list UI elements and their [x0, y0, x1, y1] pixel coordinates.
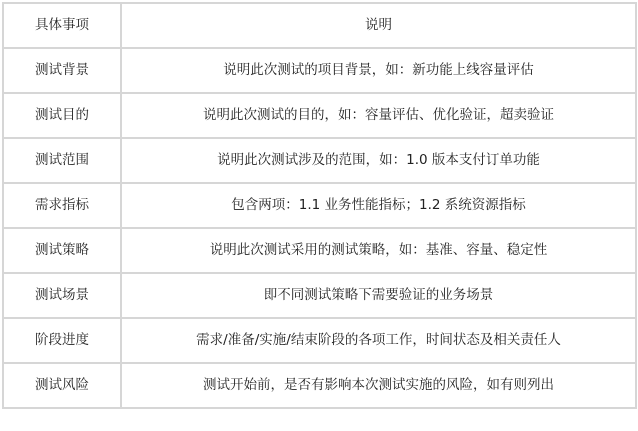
- header-item: 具体事项: [3, 3, 121, 48]
- test-plan-table: 具体事项 说明 测试背景 说明此次测试的项目背景，如：新功能上线容量评估 测试目…: [2, 2, 637, 409]
- row-item: 测试策略: [3, 228, 121, 273]
- row-item: 阶段进度: [3, 318, 121, 363]
- row-description: 即不同测试策略下需要验证的业务场景: [121, 273, 636, 318]
- row-description: 需求/准备/实施/结束阶段的各项工作，时间状态及相关责任人: [121, 318, 636, 363]
- table-row: 测试策略 说明此次测试采用的测试策略，如：基准、容量、稳定性: [3, 228, 636, 273]
- table-header-row: 具体事项 说明: [3, 3, 636, 48]
- row-description: 说明此次测试的目的，如：容量评估、优化验证，超卖验证: [121, 93, 636, 138]
- table-row: 测试场景 即不同测试策略下需要验证的业务场景: [3, 273, 636, 318]
- row-description: 说明此次测试涉及的范围，如：1.0 版本支付订单功能: [121, 138, 636, 183]
- row-item: 测试目的: [3, 93, 121, 138]
- header-description: 说明: [121, 3, 636, 48]
- row-item: 测试范围: [3, 138, 121, 183]
- table-row: 测试范围 说明此次测试涉及的范围，如：1.0 版本支付订单功能: [3, 138, 636, 183]
- table-row: 阶段进度 需求/准备/实施/结束阶段的各项工作，时间状态及相关责任人: [3, 318, 636, 363]
- table-row: 需求指标 包含两项：1.1 业务性能指标；1.2 系统资源指标: [3, 183, 636, 228]
- row-description: 测试开始前，是否有影响本次测试实施的风险，如有则列出: [121, 363, 636, 408]
- table-row: 测试目的 说明此次测试的目的，如：容量评估、优化验证，超卖验证: [3, 93, 636, 138]
- row-item: 测试背景: [3, 48, 121, 93]
- row-description: 说明此次测试采用的测试策略，如：基准、容量、稳定性: [121, 228, 636, 273]
- row-item: 需求指标: [3, 183, 121, 228]
- test-plan-table-container: 具体事项 说明 测试背景 说明此次测试的项目背景，如：新功能上线容量评估 测试目…: [2, 2, 635, 409]
- row-description: 说明此次测试的项目背景，如：新功能上线容量评估: [121, 48, 636, 93]
- table-row: 测试风险 测试开始前，是否有影响本次测试实施的风险，如有则列出: [3, 363, 636, 408]
- row-description: 包含两项：1.1 业务性能指标；1.2 系统资源指标: [121, 183, 636, 228]
- table-row: 测试背景 说明此次测试的项目背景，如：新功能上线容量评估: [3, 48, 636, 93]
- row-item: 测试风险: [3, 363, 121, 408]
- row-item: 测试场景: [3, 273, 121, 318]
